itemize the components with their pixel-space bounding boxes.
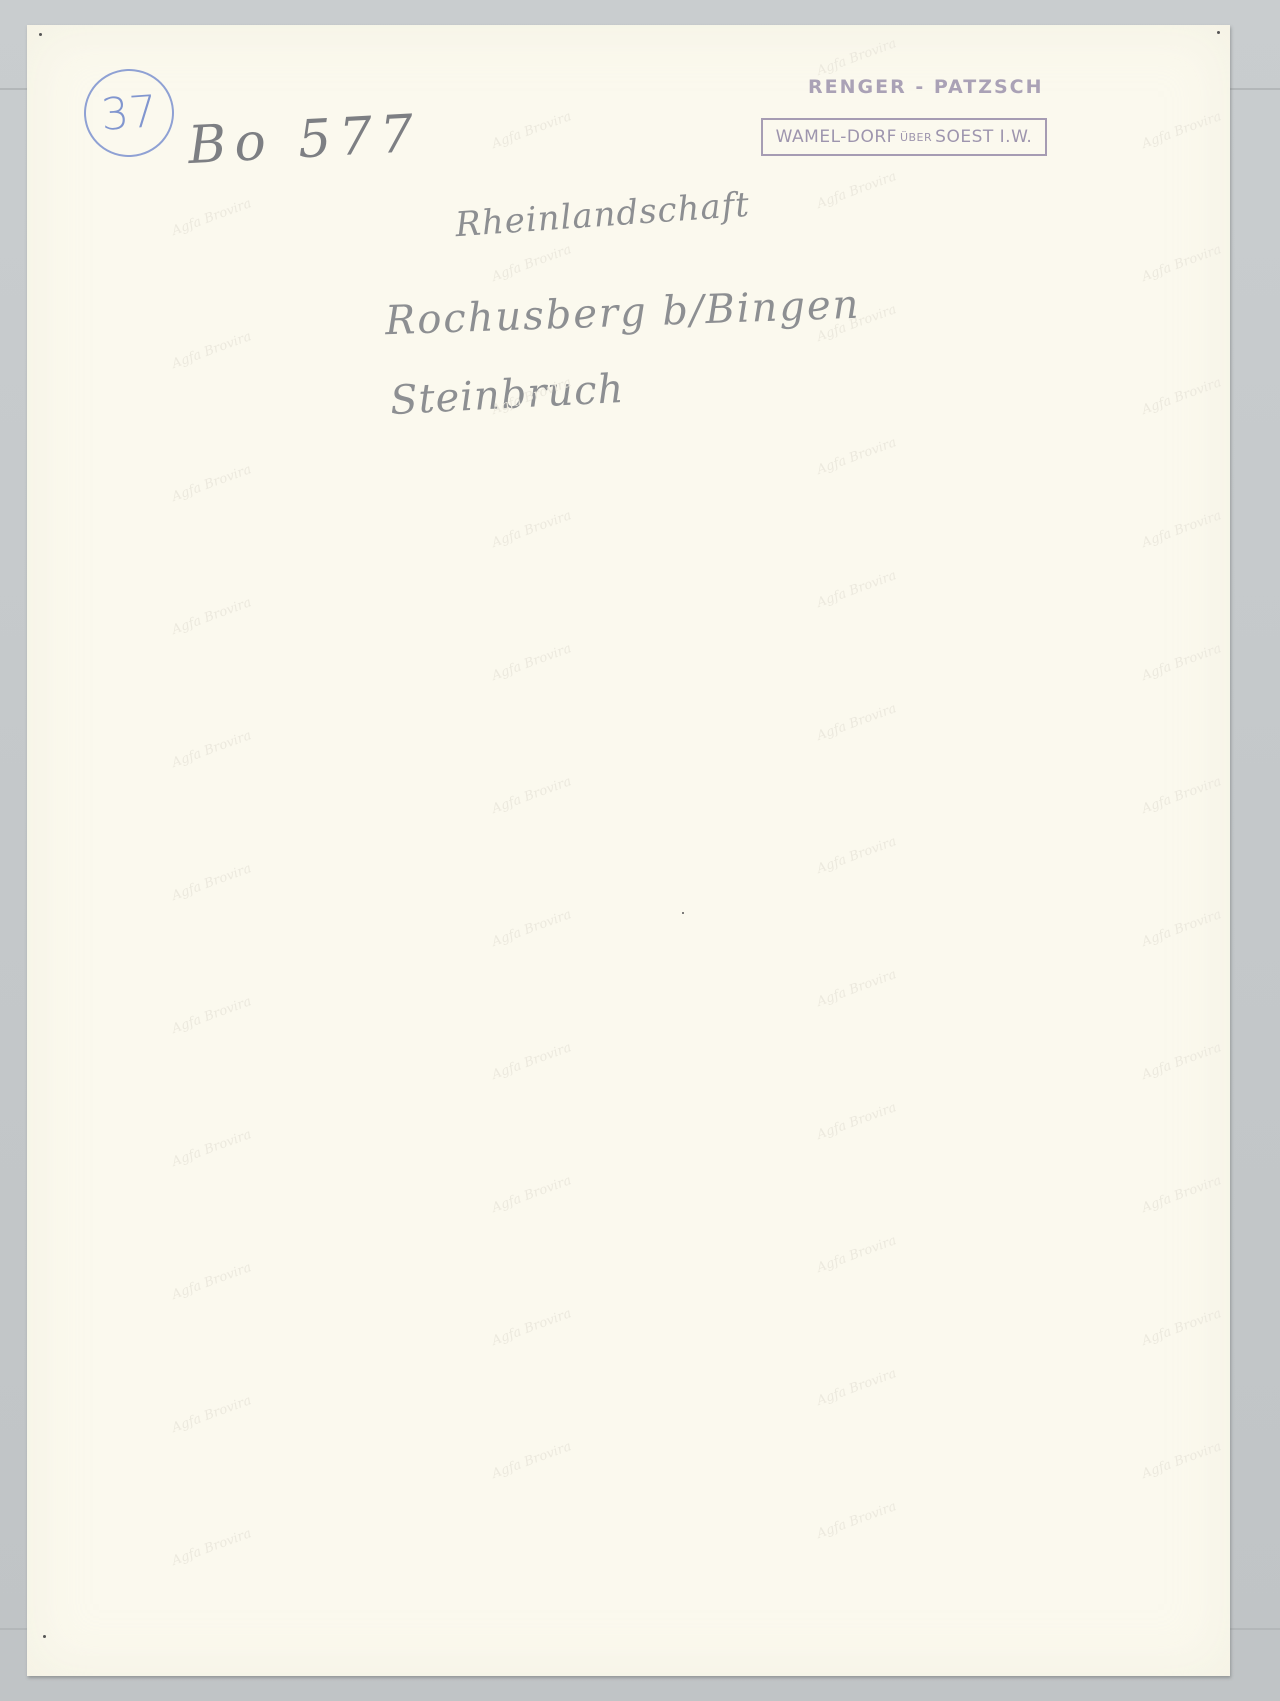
stamp-region: SOEST I.W. xyxy=(935,127,1032,147)
dust-speck xyxy=(39,33,42,36)
photographer-stamp-name: RENGER - PATZSCH xyxy=(808,76,1044,98)
photographer-stamp-address: WAMEL-DORF ÜBER SOEST I.W. xyxy=(761,118,1047,156)
stamp-town: WAMEL-DORF xyxy=(776,127,897,147)
dust-speck xyxy=(1217,31,1220,34)
dust-speck xyxy=(43,1635,46,1638)
circled-number-text: 37 xyxy=(99,86,158,141)
photo-back-paper xyxy=(27,25,1230,1676)
stamp-over: ÜBER xyxy=(900,131,932,144)
dust-speck xyxy=(682,912,684,914)
reference-number: Bo 577 xyxy=(187,104,423,176)
